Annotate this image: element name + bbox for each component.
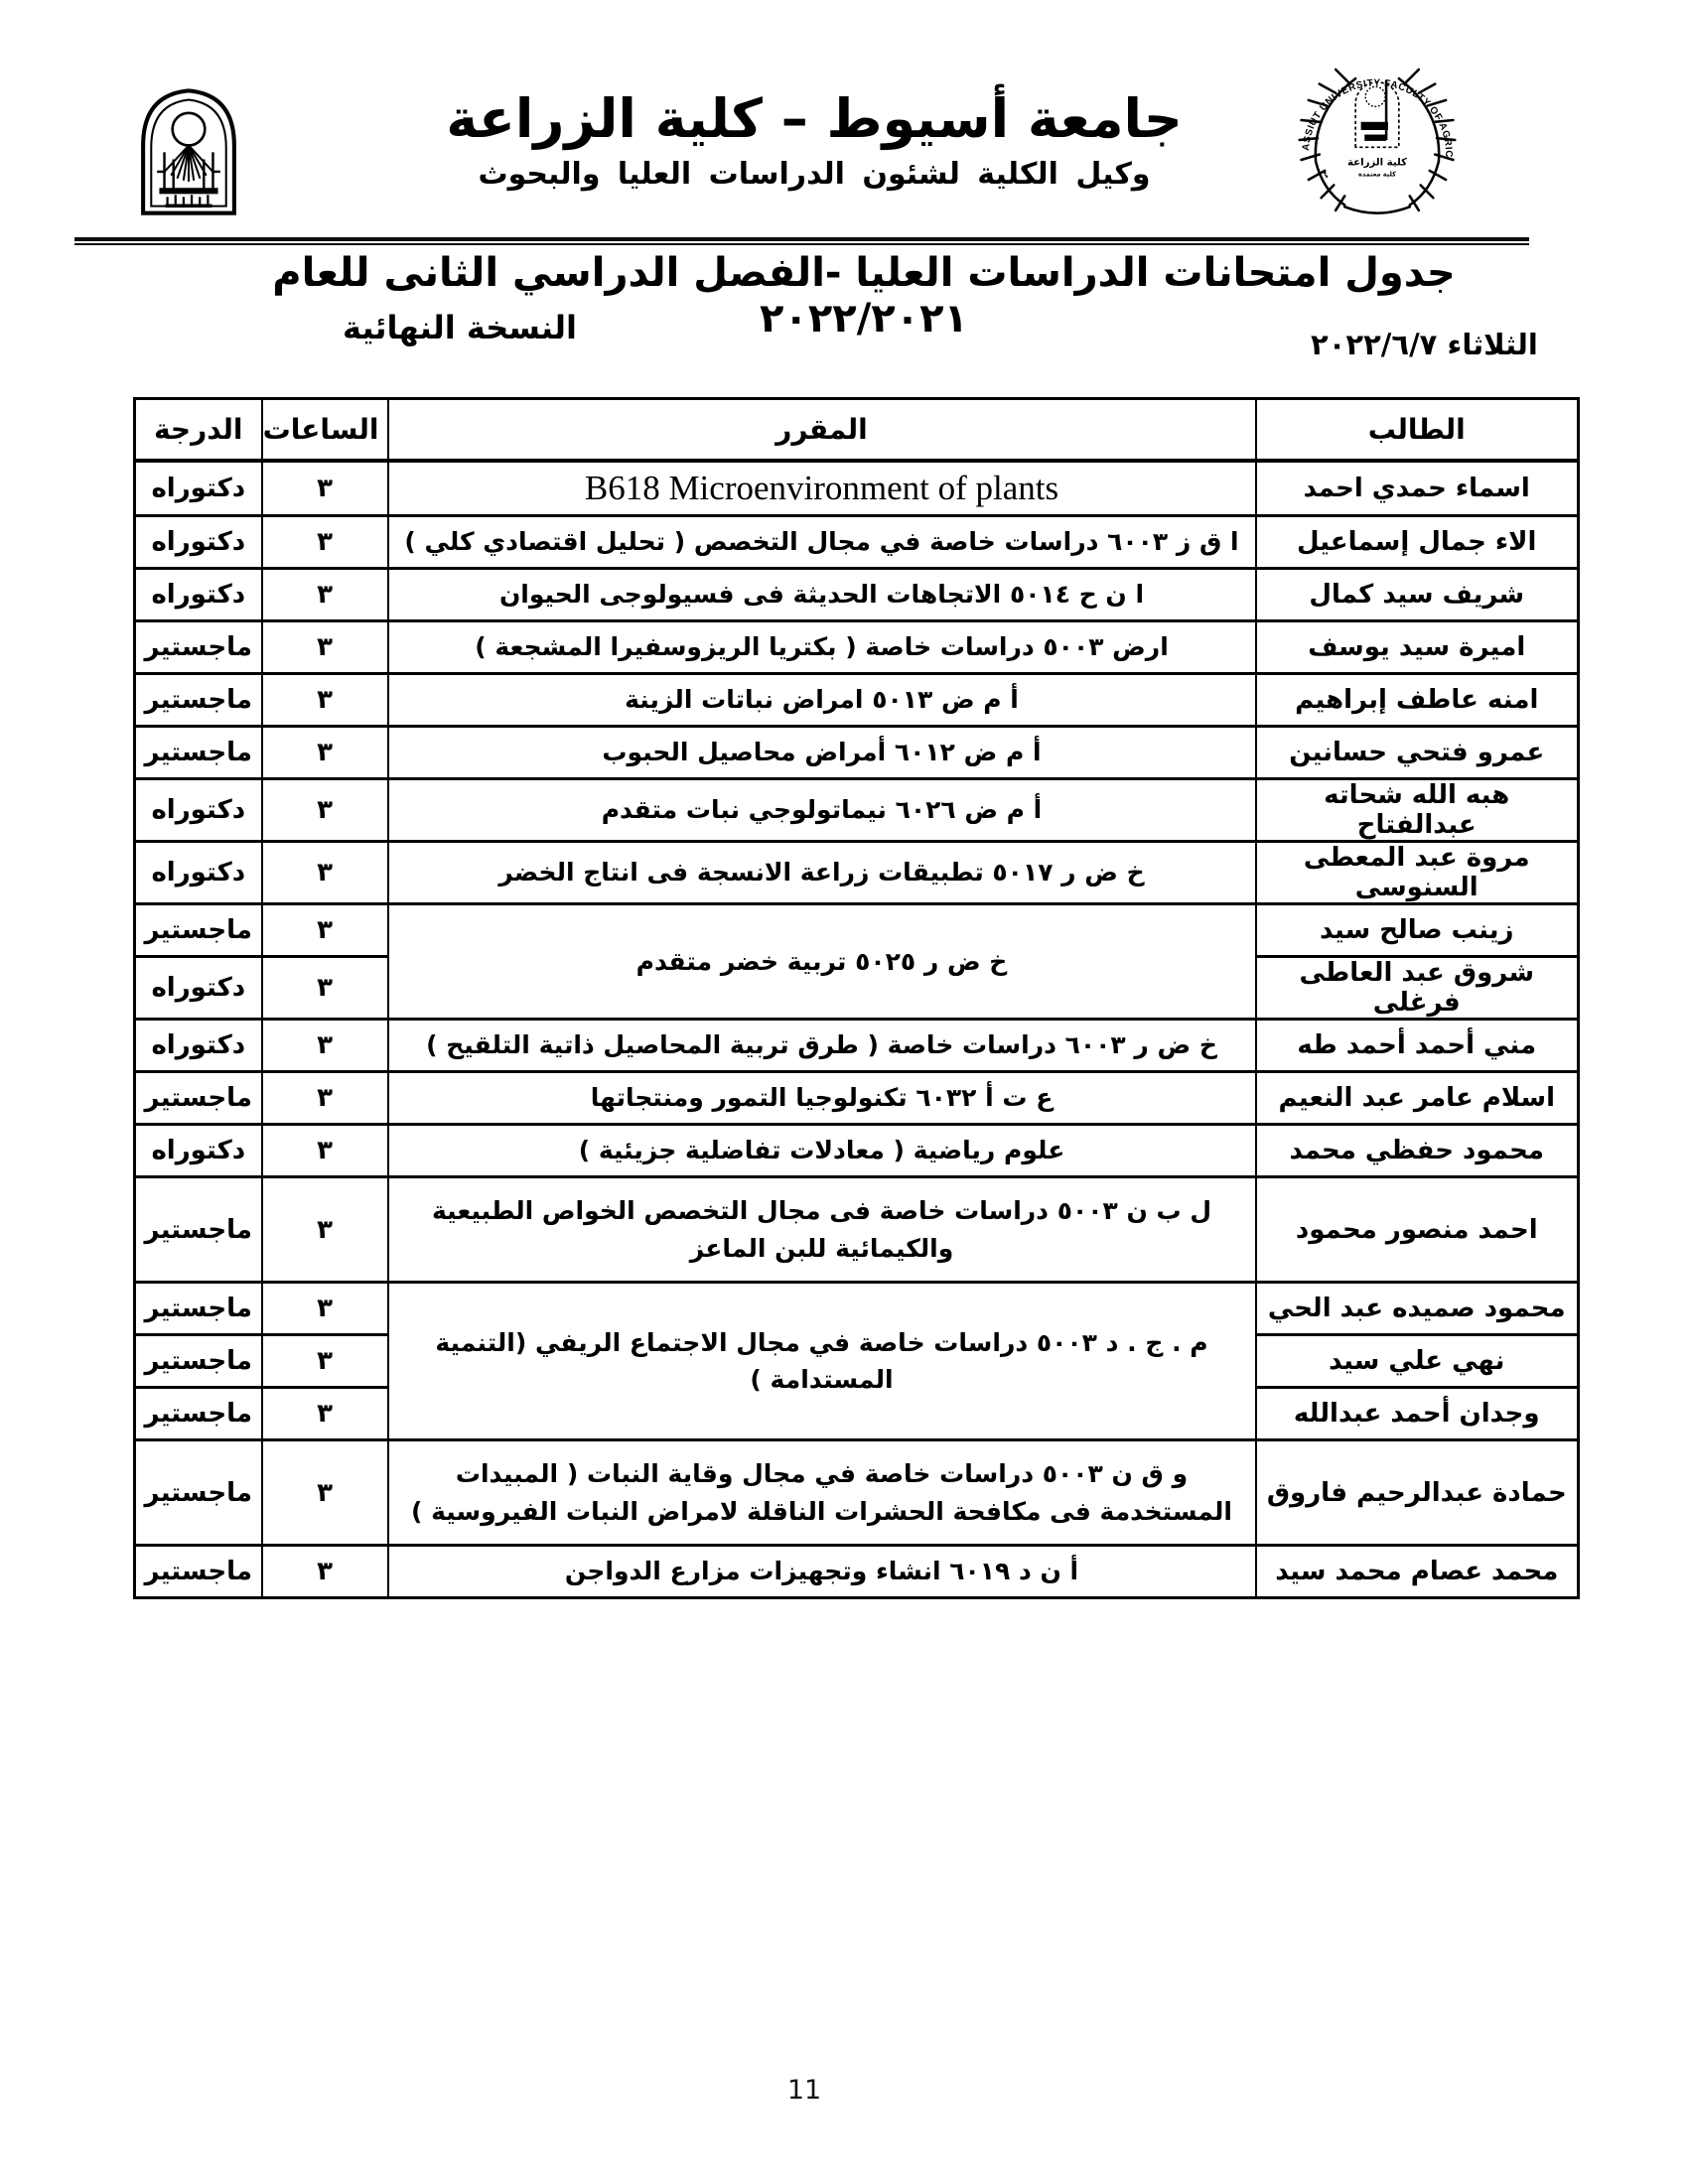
course-cell: خ ض ر ٥٠٢٥ تربية خضر متقدم	[388, 904, 1256, 1020]
student-name-cell: احمد منصور محمود	[1256, 1177, 1579, 1283]
hours-cell: ٣	[262, 779, 388, 842]
student-name-cell: اميرة سيد يوسف	[1256, 621, 1579, 674]
table-row: مروة عبد المعطى السنوسىخ ض ر ٥٠١٧ تطبيقا…	[135, 842, 1579, 904]
degree-cell: ماجستير	[135, 904, 262, 957]
student-name-cell: الاء جمال إسماعيل	[1256, 516, 1579, 569]
column-header-student: الطالب	[1256, 399, 1579, 461]
table-row: محمد عصام محمد سيدأ ن د ٦٠١٩ انشاء وتجهي…	[135, 1546, 1579, 1598]
table-row: احمد منصور محمودل ب ن ٥٠٠٣ دراسات خاصة ف…	[135, 1177, 1579, 1283]
student-name-cell: محمود صميده عبد الحي	[1256, 1283, 1579, 1335]
student-name-cell: اسلام عامر عبد النعيم	[1256, 1072, 1579, 1125]
hours-cell: ٣	[262, 461, 388, 516]
degree-cell: دكتوراه	[135, 1125, 262, 1177]
table-row: محمود صميده عبد الحيم . ج . د ٥٠٠٣ دراسا…	[135, 1283, 1579, 1335]
hours-cell: ٣	[262, 516, 388, 569]
student-name-cell: نهي علي سيد	[1256, 1335, 1579, 1388]
course-cell: خ ض ر ٦٠٠٣ دراسات خاصة ( طرق تربية المحا…	[388, 1020, 1256, 1072]
degree-cell: دكتوراه	[135, 569, 262, 621]
faculty-of-agriculture-seal: ASSIUT UNIVERSITY FACULTY OF AGRICULTURE…	[1287, 50, 1468, 230]
degree-cell: ماجستير	[135, 727, 262, 779]
hours-cell: ٣	[262, 904, 388, 957]
course-cell: ارض ٥٠٠٣ دراسات خاصة ( بكتريا الريزوسفير…	[388, 621, 1256, 674]
student-name-cell: هبه الله شحاته عبدالفتاح	[1256, 779, 1579, 842]
hours-cell: ٣	[262, 1072, 388, 1125]
student-name-cell: عمرو فتحي حسانين	[1256, 727, 1579, 779]
seal-accredited-text: كلية معتمدة	[1358, 170, 1396, 178]
student-name-cell: مروة عبد المعطى السنوسى	[1256, 842, 1579, 904]
course-cell: أ ن د ٦٠١٩ انشاء وتجهيزات مزارع الدواجن	[388, 1546, 1256, 1598]
hours-cell: ٣	[262, 674, 388, 727]
table-row: الاء جمال إسماعيلا ق ز ٦٠٠٣ دراسات خاصة …	[135, 516, 1579, 569]
course-cell: ا ق ز ٦٠٠٣ دراسات خاصة في مجال التخصص ( …	[388, 516, 1256, 569]
course-cell: أ م ض ٦٠٢٦ نيماتولوجي نبات متقدم	[388, 779, 1256, 842]
seal-faculty-text: كلية الزراعة	[1347, 157, 1407, 168]
table-row: هبه الله شحاته عبدالفتاحأ م ض ٦٠٢٦ نيمات…	[135, 779, 1579, 842]
student-name-cell: شروق عبد العاطى فرغلى	[1256, 957, 1579, 1020]
student-name-cell: مني أحمد أحمد طه	[1256, 1020, 1579, 1072]
degree-cell: دكتوراه	[135, 842, 262, 904]
course-cell: ع ت أ ٦٠٣٢ تكنولوجيا التمور ومنتجاتها	[388, 1072, 1256, 1125]
student-name-cell: حمادة عبدالرحيم فاروق	[1256, 1440, 1579, 1546]
exam-schedule-table: الطالب المقرر الساعات الدرجة اسماء حمدي …	[133, 397, 1580, 1599]
table-row: مني أحمد أحمد طهخ ض ر ٦٠٠٣ دراسات خاصة (…	[135, 1020, 1579, 1072]
degree-cell: دكتوراه	[135, 1020, 262, 1072]
hours-cell: ٣	[262, 957, 388, 1020]
hours-cell: ٣	[262, 1177, 388, 1283]
hours-cell: ٣	[262, 1388, 388, 1440]
svg-text:ASSIUT UNIVERSITY FACULTY OF A: ASSIUT UNIVERSITY FACULTY OF AGRICULTURE	[1287, 50, 1454, 158]
page-number: 11	[765, 2075, 844, 2106]
course-cell: ل ب ن ٥٠٠٣ دراسات خاصة فى مجال التخصص ال…	[388, 1177, 1256, 1283]
column-header-degree: الدرجة	[135, 399, 262, 461]
laurel-wreath-icon	[1300, 69, 1456, 213]
table-row: اسماء حمدي احمدB618 Microenvironment of …	[135, 461, 1579, 516]
student-name-cell: محمد عصام محمد سيد	[1256, 1546, 1579, 1598]
table-row: شريف سيد كمالا ن ح ٥٠١٤ الاتجاهات الحديث…	[135, 569, 1579, 621]
degree-cell: دكتوراه	[135, 461, 262, 516]
hours-cell: ٣	[262, 1125, 388, 1177]
table-row: عمرو فتحي حسانينأ م ض ٦٠١٢ أمراض محاصيل …	[135, 727, 1579, 779]
student-name-cell: امنه عاطف إبراهيم	[1256, 674, 1579, 727]
university-title: جامعة أسيوط – كلية الزراعة	[268, 87, 1360, 150]
date-label: الثلاثاء ٢٠٢٢/٦/٧	[1311, 328, 1609, 361]
hours-cell: ٣	[262, 1335, 388, 1388]
course-cell: و ق ن ٥٠٠٣ دراسات خاصة في مجال وقاية الن…	[388, 1440, 1256, 1546]
course-cell: B618 Microenvironment of plants	[388, 461, 1256, 516]
course-cell: خ ض ر ٥٠١٧ تطبيقات زراعة الانسجة فى انتا…	[388, 842, 1256, 904]
hours-cell: ٣	[262, 621, 388, 674]
student-name-cell: زينب صالح سيد	[1256, 904, 1579, 957]
table-row: محمود حفظي محمدعلوم رياضية ( معادلات تفا…	[135, 1125, 1579, 1177]
final-version-label: النسخة النهائية	[281, 309, 638, 346]
scanned-exam-schedule-page: جامعة أسيوط – كلية الزراعة وكيل الكلية ل…	[0, 0, 1688, 2184]
table-header-row: الطالب المقرر الساعات الدرجة	[135, 399, 1579, 461]
degree-cell: ماجستير	[135, 621, 262, 674]
degree-cell: ماجستير	[135, 1283, 262, 1335]
hours-cell: ٣	[262, 1546, 388, 1598]
degree-cell: ماجستير	[135, 1546, 262, 1598]
assiut-university-emblem	[137, 81, 240, 218]
degree-cell: ماجستير	[135, 674, 262, 727]
table-row: حمادة عبدالرحيم فاروقو ق ن ٥٠٠٣ دراسات خ…	[135, 1440, 1579, 1546]
course-cell: ا ن ح ٥٠١٤ الاتجاهات الحديثة فى فسيولوجى…	[388, 569, 1256, 621]
student-name-cell: اسماء حمدي احمد	[1256, 461, 1579, 516]
degree-cell: ماجستير	[135, 1440, 262, 1546]
hours-cell: ٣	[262, 727, 388, 779]
seal-ring-text: ASSIUT UNIVERSITY FACULTY OF AGRICULTURE	[1287, 50, 1454, 158]
table-row: اميرة سيد يوسفارض ٥٠٠٣ دراسات خاصة ( بكت…	[135, 621, 1579, 674]
student-name-cell: محمود حفظي محمد	[1256, 1125, 1579, 1177]
table-row: زينب صالح سيدخ ض ر ٥٠٢٥ تربية خضر متقدم٣…	[135, 904, 1579, 957]
arch-sun-emblem-icon	[137, 81, 240, 218]
student-name-cell: وجدان أحمد عبدالله	[1256, 1388, 1579, 1440]
course-cell: علوم رياضية ( معادلات تفاضلية جزيئية )	[388, 1125, 1256, 1177]
hours-cell: ٣	[262, 1020, 388, 1072]
hours-cell: ٣	[262, 842, 388, 904]
hours-cell: ٣	[262, 1283, 388, 1335]
degree-cell: ماجستير	[135, 1388, 262, 1440]
hours-cell: ٣	[262, 1440, 388, 1546]
hours-cell: ٣	[262, 569, 388, 621]
student-name-cell: شريف سيد كمال	[1256, 569, 1579, 621]
faculty-seal-icon: ASSIUT UNIVERSITY FACULTY OF AGRICULTURE…	[1287, 50, 1468, 230]
department-subtitle: وكيل الكلية لشئون الدراسات العليا والبحو…	[268, 157, 1360, 192]
table-row: اسلام عامر عبد النعيمع ت أ ٦٠٣٢ تكنولوجي…	[135, 1072, 1579, 1125]
header-divider	[74, 237, 1529, 245]
degree-cell: ماجستير	[135, 1072, 262, 1125]
course-cell: م . ج . د ٥٠٠٣ دراسات خاصة في مجال الاجت…	[388, 1283, 1256, 1440]
degree-cell: دكتوراه	[135, 957, 262, 1020]
table-row: امنه عاطف إبراهيمأ م ض ٥٠١٣ امراض نباتات…	[135, 674, 1579, 727]
degree-cell: دكتوراه	[135, 516, 262, 569]
degree-cell: دكتوراه	[135, 779, 262, 842]
degree-cell: ماجستير	[135, 1335, 262, 1388]
column-header-course: المقرر	[388, 399, 1256, 461]
column-header-hours: الساعات	[262, 399, 388, 461]
degree-cell: ماجستير	[135, 1177, 262, 1283]
course-cell: أ م ض ٦٠١٢ أمراض محاصيل الحبوب	[388, 727, 1256, 779]
course-cell: أ م ض ٥٠١٣ امراض نباتات الزينة	[388, 674, 1256, 727]
